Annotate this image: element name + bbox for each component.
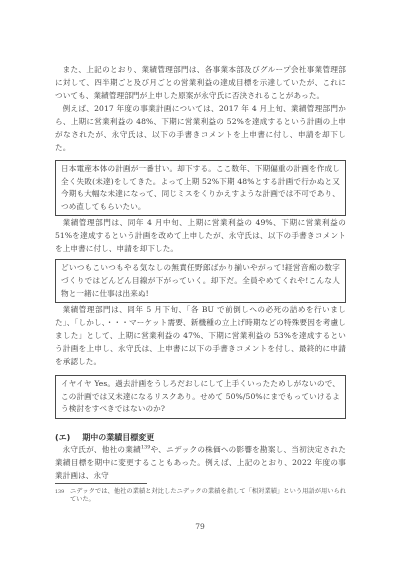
paragraph-april-resubmission: 業績管理部門は、同年 4 月中旬、上期に営業利益の 49%、下期に営業利益の 5… <box>55 216 346 255</box>
paragraph-2017-plan: 例えば、2017 年度の事業計画については、2017 年 4 月上旬、業績管理部… <box>55 102 346 154</box>
paragraph-midterm-target-change: 永守氏が、他社の業績139や、ニデックの株価への影響を勘案し、当初決定された業績… <box>55 443 346 482</box>
handwritten-comment-box-2: どいつもこいつもやる気なしの無責任野郎ばかり揃いやがって!経営音痴の数字づくりで… <box>55 259 346 303</box>
page-number: 79 <box>0 522 400 531</box>
footnote-divider <box>55 483 147 484</box>
paragraph-may-resubmission: 業績管理部門は、同年 5 月下旬、「各 BU で前倒しへの必死の詰めを行いました… <box>55 303 346 368</box>
footnote-text: ニデックでは、他社の業績と対比したニデックの業績を指して「相対業績」という用語が… <box>70 488 346 504</box>
footnote: 139 ニデックでは、他社の業績と対比したニデックの業績を指して「相対業績」とい… <box>55 488 346 504</box>
paragraph-midterm-pre: 永守氏が、他社の業績 <box>63 445 141 454</box>
section-heading-title: 期中の業績目標変更 <box>82 433 154 442</box>
handwritten-comment-box-1: 日本電産本体の計画が一番甘い。却下する。ここ数年、下期偏重の計画を作成し全く失敗… <box>55 160 346 216</box>
handwritten-comment-box-3: イヤイヤ Yes。過去計画をうしろだおしにして上手くいったためしがないので、この… <box>55 375 346 419</box>
paragraph-performance-targets: また、上記のとおり、業績管理部門は、各事業本部及びグループ会社事業管理部に対して… <box>55 63 346 102</box>
content-column: また、上記のとおり、業績管理部門は、各事業本部及びグループ会社事業管理部に対して… <box>55 63 346 482</box>
footnote-area: 139 ニデックでは、他社の業績と対比したニデックの業績を指して「相対業績」とい… <box>55 483 346 504</box>
section-heading: (エ)期中の業績目標変更 <box>55 432 346 443</box>
document-page: また、上記のとおり、業績管理部門は、各事業本部及びグループ会社事業管理部に対して… <box>0 0 400 569</box>
section-heading-label: (エ) <box>55 433 70 442</box>
footnote-number: 139 <box>55 488 70 496</box>
